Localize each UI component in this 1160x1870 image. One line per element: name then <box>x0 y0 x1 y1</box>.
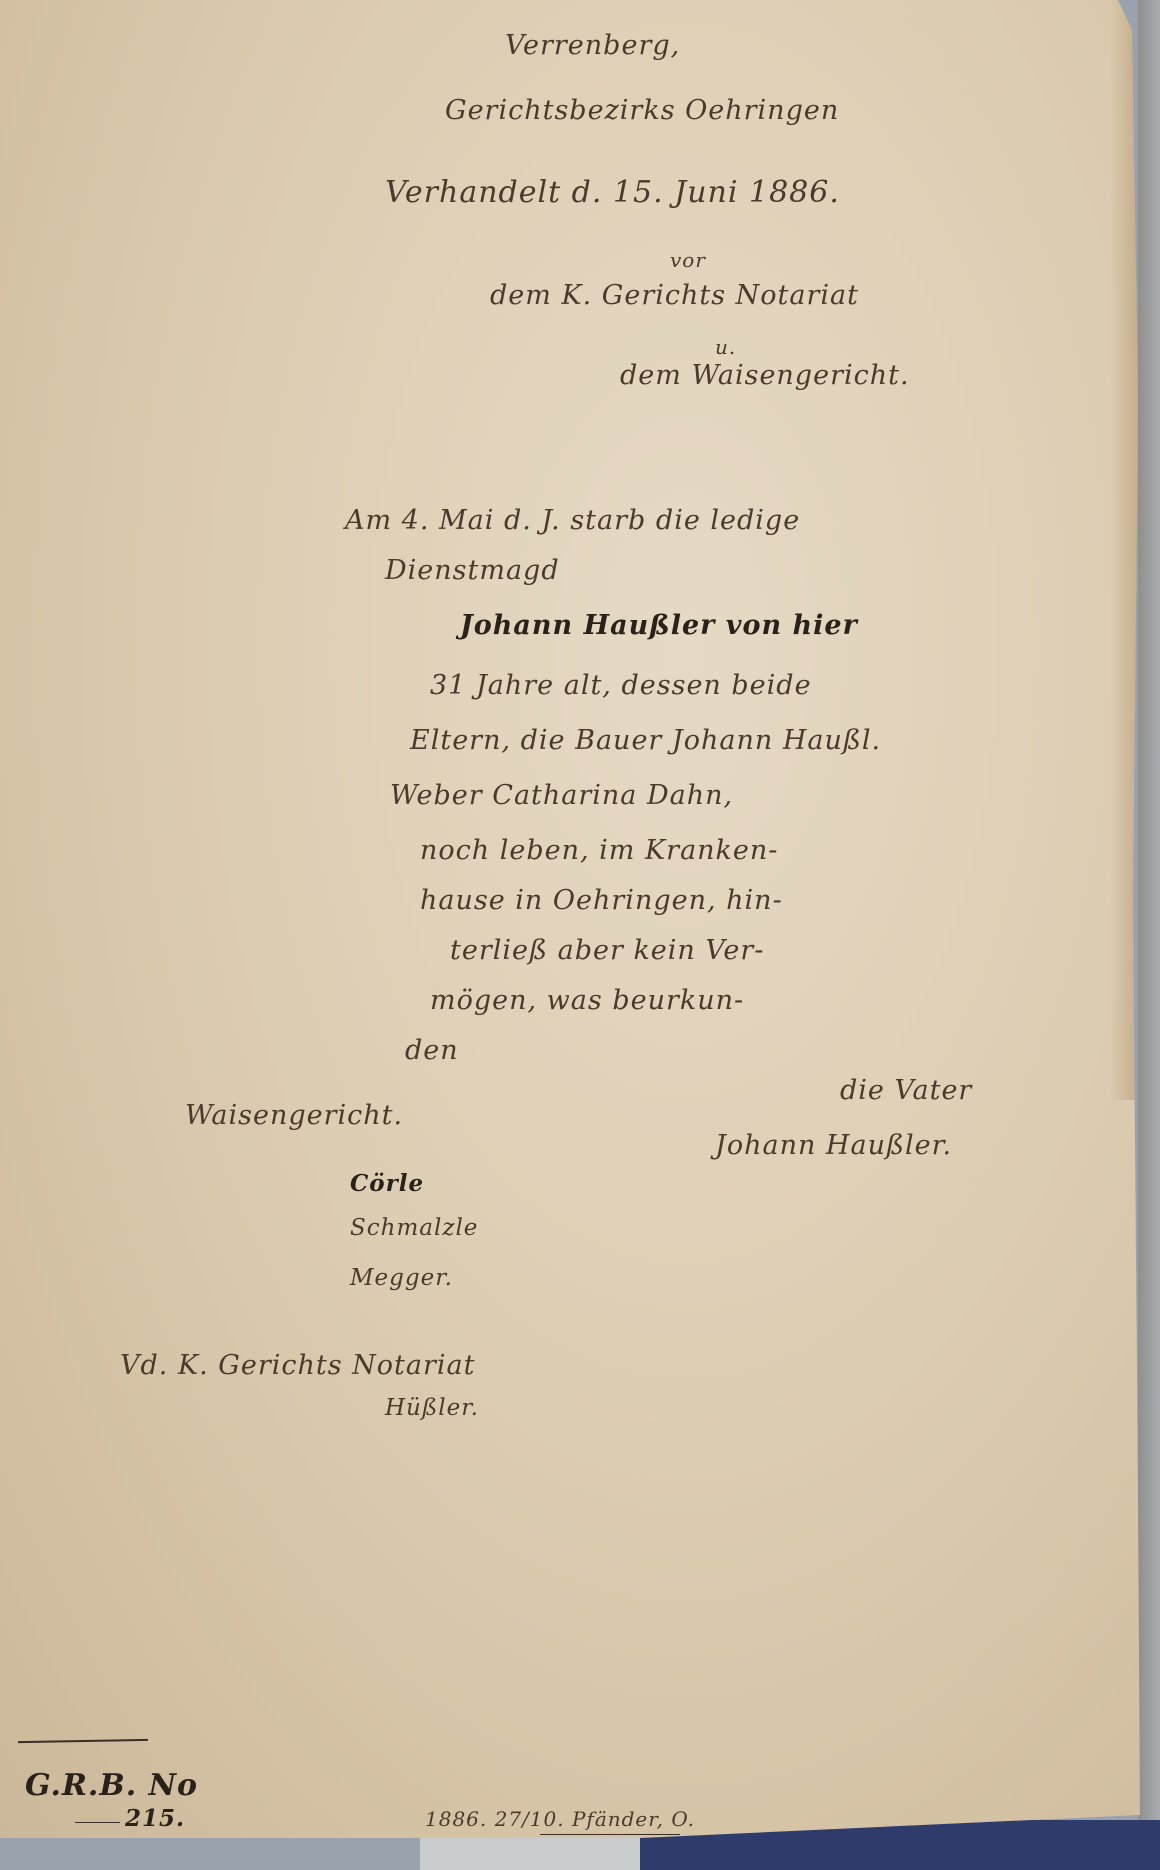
body-line: Dienstmagd <box>385 555 560 586</box>
court-member: Megger. <box>350 1265 453 1291</box>
header-office: dem K. Gerichts Notariat <box>490 280 859 311</box>
register-arrow <box>75 1822 120 1823</box>
court-member: Schmalzle <box>350 1215 478 1241</box>
header-date: Verhandelt d. 15. Juni 1886. <box>385 175 840 210</box>
body-line-name: Johann Haußler von hier <box>460 610 858 641</box>
body-line: Am 4. Mai d. J. starb die ledige <box>345 505 800 536</box>
body-line: hause in Oehringen, hin- <box>420 885 783 916</box>
background-surface <box>1138 0 1160 1870</box>
body-line: 31 Jahre alt, dessen beide <box>430 670 812 701</box>
page-edge-stain <box>1110 0 1140 1100</box>
header-district: Gerichtsbezirks Oehringen <box>445 95 839 126</box>
header-before: vor <box>670 248 706 272</box>
father-signature: Johann Haußler. <box>715 1130 952 1161</box>
court-member: Cörle <box>350 1170 424 1197</box>
archive-note: 1886. 27/10. Pfänder, O. <box>425 1807 695 1831</box>
register-label: G.R.B. No <box>25 1768 198 1803</box>
archive-note-underline <box>540 1834 680 1835</box>
document-page: Verrenberg, Gerichtsbezirks Oehringen Ve… <box>0 0 1140 1838</box>
header-place: Verrenberg, <box>505 30 680 61</box>
body-line: den <box>405 1035 459 1066</box>
body-line: Eltern, die Bauer Johann Haußl. <box>410 725 881 756</box>
witness-intro: die Vater <box>840 1075 972 1106</box>
body-line: Weber Catharina Dahn, <box>390 780 733 811</box>
register-underline <box>18 1739 148 1743</box>
register-number: 215. <box>125 1805 185 1832</box>
header-and: u. <box>715 335 736 359</box>
notary-name: Hüßler. <box>385 1395 479 1421</box>
header-witnesses: dem Waisengericht. <box>620 360 910 391</box>
court-label: Waisengericht. <box>185 1100 403 1131</box>
body-line: noch leben, im Kranken- <box>420 835 778 866</box>
body-line: terließ aber kein Ver- <box>450 935 764 966</box>
body-line: mögen, was beurkun- <box>430 985 744 1016</box>
notary-label: Vd. K. Gerichts Notariat <box>120 1350 476 1381</box>
